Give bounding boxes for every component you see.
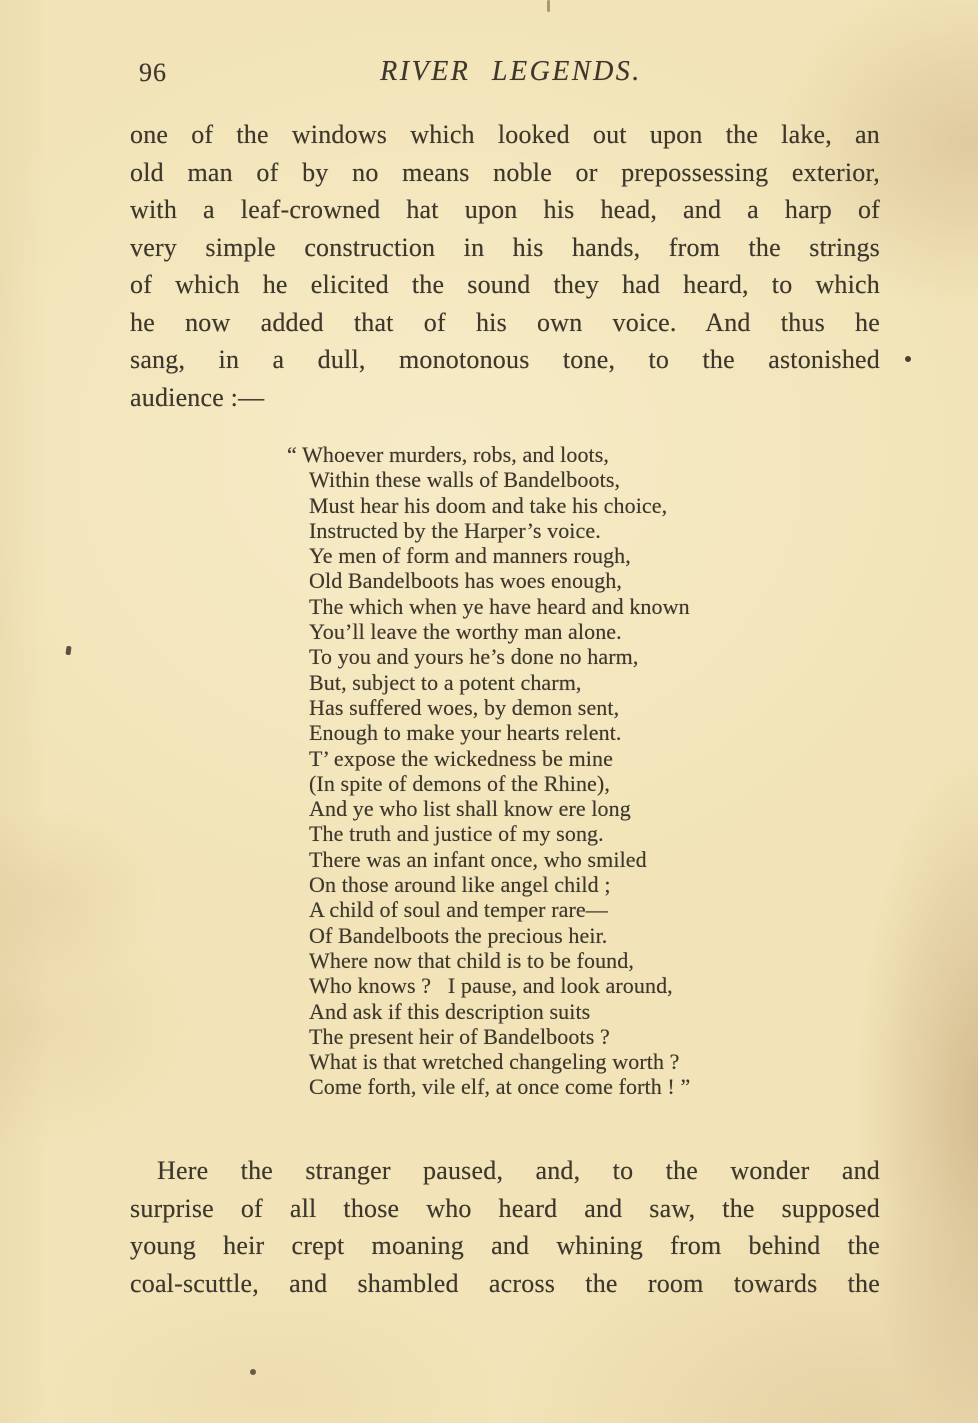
running-title: RIVER LEGENDS. [22, 56, 978, 88]
text-line: of which he elicited the sound they had … [130, 266, 880, 304]
text-line: Here the stranger paused, and, to the wo… [130, 1152, 880, 1190]
ink-speck [905, 356, 911, 362]
text-line: What is that wretched changeling worth ? [309, 1049, 690, 1074]
text-line: There was an infant once, who smiled [309, 847, 690, 872]
text-line: “ Whoever murders, robs, and loots, [309, 442, 690, 467]
text-line: A child of soul and temper rare— [309, 897, 690, 922]
text-line: And ye who list shall know ere long [309, 796, 690, 821]
text-line: To you and yours he’s done no harm, [309, 644, 690, 669]
text-line: Has suffered woes, by demon sent, [309, 695, 690, 720]
text-line: coal-scuttle, and shambled across the ro… [130, 1265, 880, 1303]
text-line: Must hear his doom and take his choice, [309, 493, 690, 518]
text-line: one of the windows which looked out upon… [130, 116, 880, 154]
text-line: Who knows ? I pause, and look around, [309, 973, 690, 998]
text-line: T’ expose the wickedness be mine [309, 746, 690, 771]
poem-verse-block: “ Whoever murders, robs, and loots,Withi… [309, 442, 690, 1100]
text-line: Old Bandelboots has woes enough, [309, 568, 690, 593]
text-line: young heir crept moaning and whining fro… [130, 1227, 880, 1265]
text-line: The which when ye have heard and known [309, 594, 690, 619]
text-line: The truth and justice of my song. [309, 821, 690, 846]
text-line: Instructed by the Harper’s voice. [309, 518, 690, 543]
text-line: with a leaf-crowned hat upon his head, a… [130, 191, 880, 229]
text-line: The present heir of Bandelboots ? [309, 1024, 690, 1049]
text-line: (In spite of demons of the Rhine), [309, 771, 690, 796]
ink-speck [547, 0, 550, 12]
text-line: You’ll leave the worthy man alone. [309, 619, 690, 644]
text-line: On those around like angel child ; [309, 872, 690, 897]
text-line: old man of by no means noble or preposse… [130, 154, 880, 192]
text-line: Of Bandelboots the precious heir. [309, 923, 690, 948]
ink-speck [65, 646, 71, 656]
prose-paragraph-1: one of the windows which looked out upon… [130, 116, 880, 416]
text-line: Ye men of form and manners rough, [309, 543, 690, 568]
text-line: Come forth, vile elf, at once come forth… [309, 1074, 690, 1099]
text-line: surprise of all those who heard and saw,… [130, 1190, 880, 1228]
text-line: And ask if this description suits [309, 999, 690, 1024]
text-line: Within these walls of Bandelboots, [309, 467, 690, 492]
text-line: But, subject to a potent charm, [309, 670, 690, 695]
text-line: very simple construction in his hands, f… [130, 229, 880, 267]
text-line: audience :— [130, 379, 880, 417]
text-line: Enough to make your hearts relent. [309, 720, 690, 745]
prose-paragraph-2: Here the stranger paused, and, to the wo… [130, 1152, 880, 1302]
text-line: Where now that child is to be found, [309, 948, 690, 973]
text-line: sang, in a dull, monotonous tone, to the… [130, 341, 880, 379]
book-page: 96 RIVER LEGENDS. one of the windows whi… [0, 0, 978, 1423]
ink-speck [250, 1369, 256, 1375]
text-line: he now added that of his own voice. And … [130, 304, 880, 342]
